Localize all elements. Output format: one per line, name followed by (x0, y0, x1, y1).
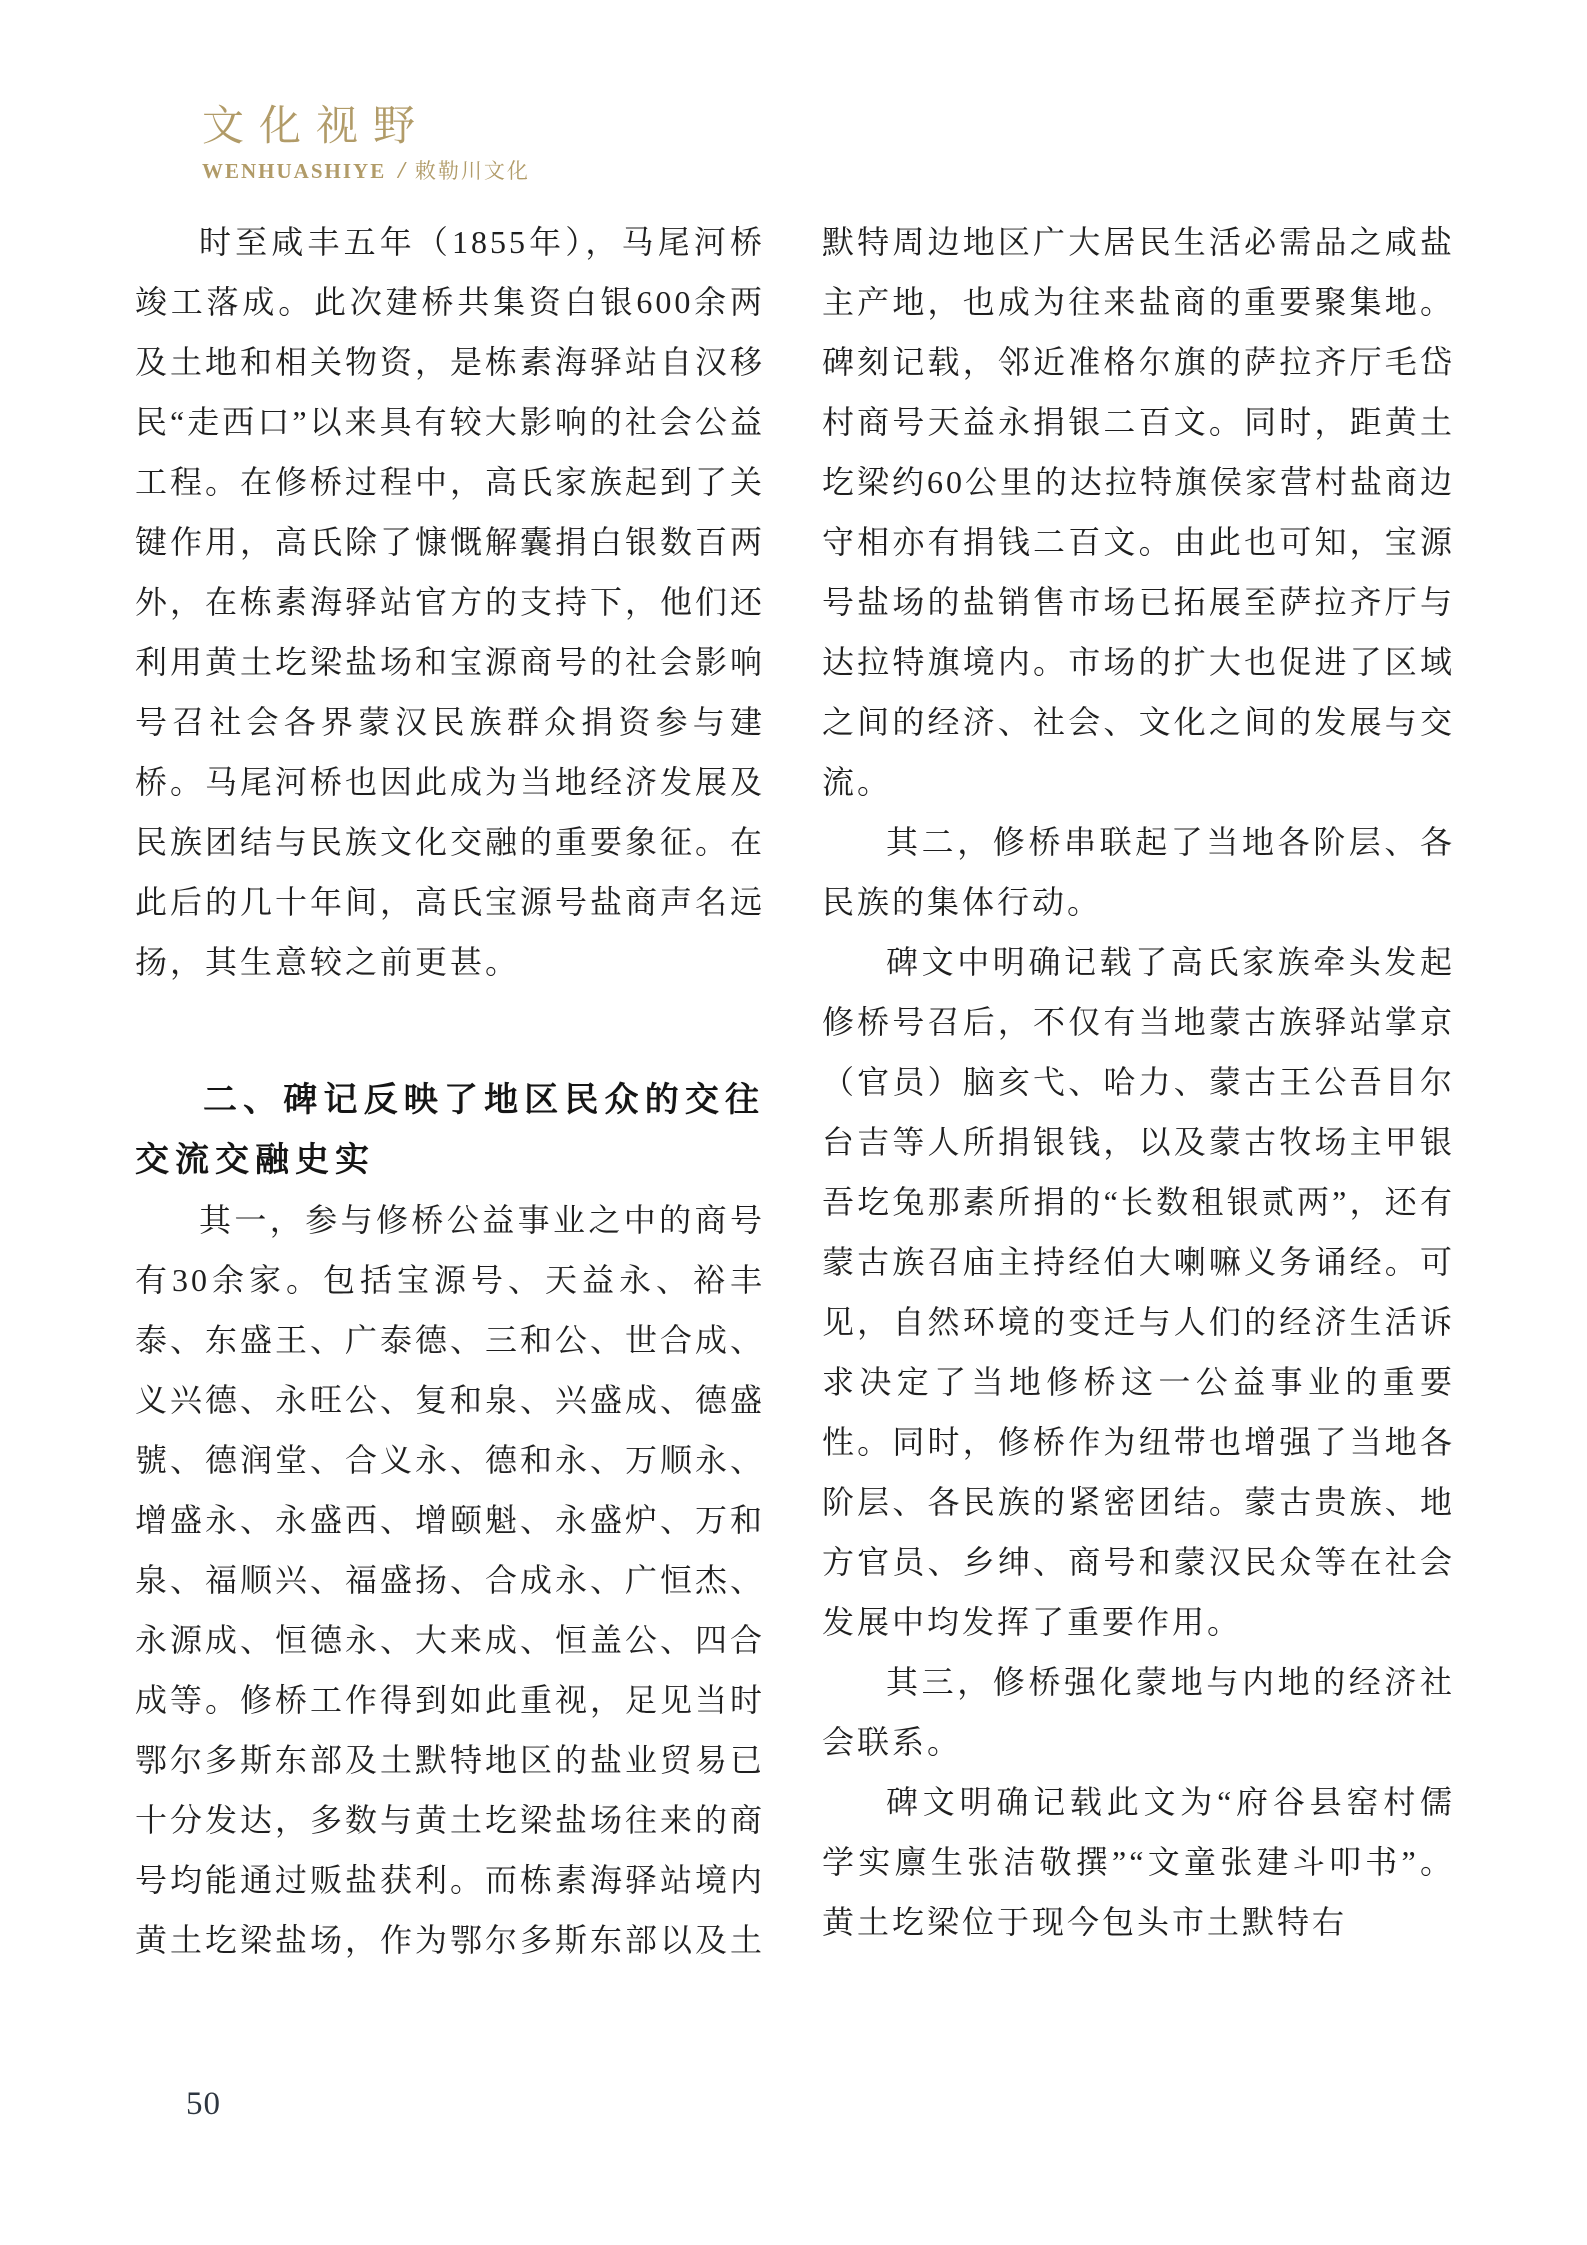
subtitle-slash-icon: / (398, 158, 405, 184)
paragraph: 碑文中明确记载了高氏家族牵头发起修桥号召后，不仅有当地蒙古族驿站掌京（官员）脑亥… (822, 932, 1455, 1652)
subtitle-chinese: 敕勒川文化 (415, 159, 530, 183)
column-left: 时至咸丰五年（1855年），马尾河桥竣工落成。此次建桥共集资白银600余两及土地… (135, 212, 765, 1970)
paragraph-continued: 默特周边地区广大居民生活必需品之咸盐主产地，也成为往来盐商的重要聚集地。碑刻记载… (822, 212, 1455, 812)
paragraph: 时至咸丰五年（1855年），马尾河桥竣工落成。此次建桥共集资白银600余两及土地… (135, 212, 765, 992)
column-right: 默特周边地区广大居民生活必需品之咸盐主产地，也成为往来盐商的重要聚集地。碑刻记载… (822, 212, 1455, 1952)
paragraph: 其三，修桥强化蒙地与内地的经济社会联系。 (822, 1652, 1455, 1772)
paragraph: 其一，参与修桥公益事业之中的商号有30余家。包括宝源号、天益永、裕丰泰、东盛王、… (135, 1190, 765, 1970)
section-heading: 二、碑记反映了地区民众的交往交流交融史实 (135, 1070, 765, 1190)
paragraph: 其二，修桥串联起了当地各阶层、各民族的集体行动。 (822, 812, 1455, 932)
section-subtitle: WENHUASHIYE/敕勒川文化 (202, 158, 530, 184)
masthead: 文化视野 WENHUASHIYE/敕勒川文化 (202, 104, 530, 184)
page: 文化视野 WENHUASHIYE/敕勒川文化 时至咸丰五年（1855年），马尾河… (0, 0, 1587, 2245)
subtitle-latin: WENHUASHIYE (202, 159, 386, 183)
page-number: 50 (186, 2086, 221, 2123)
paragraph: 碑文明确记载此文为“府谷县窑村儒学实廪生张洁敬撰”“文童张建斗叩书”。黄土圪梁位… (822, 1772, 1455, 1952)
section-title: 文化视野 (202, 104, 530, 150)
